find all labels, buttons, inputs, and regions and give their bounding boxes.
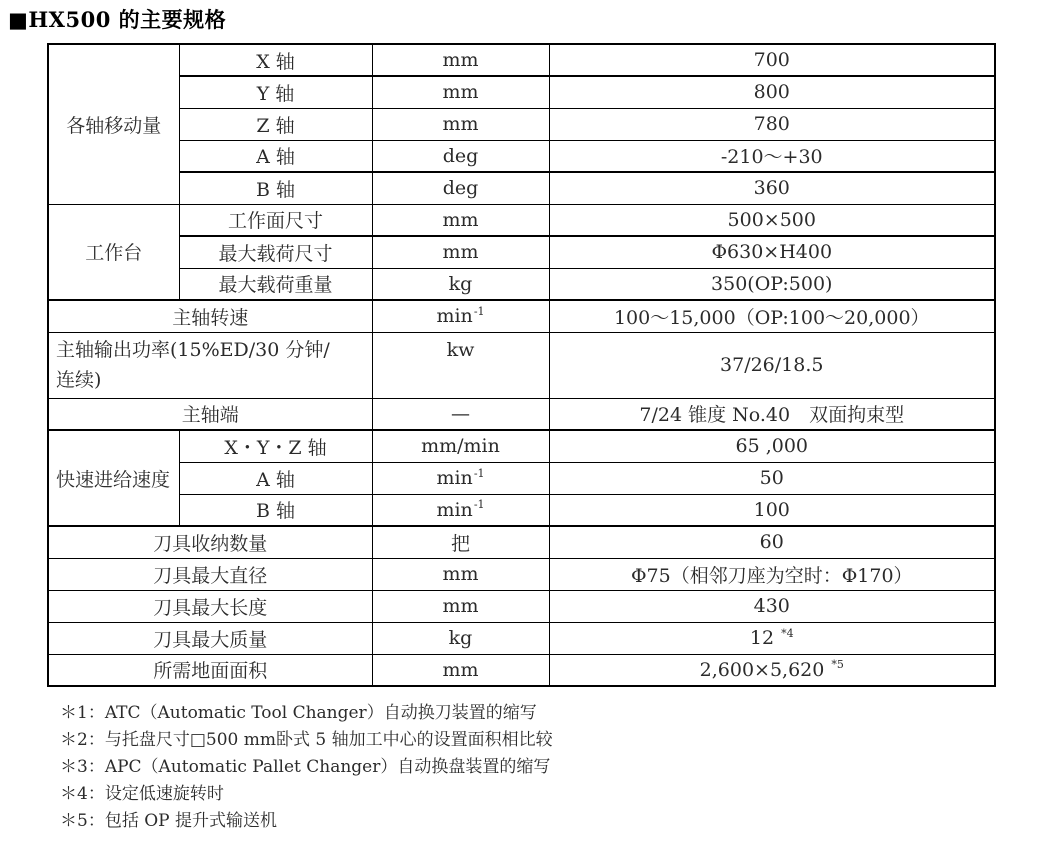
- spec-item-cell: B 轴: [179, 172, 372, 204]
- spec-value-cell-text: 700: [754, 49, 790, 71]
- table-row: Y 轴mm800: [48, 76, 995, 108]
- spec-item-cell: A 轴: [179, 140, 372, 172]
- spec-unit-cell-text: mm: [442, 81, 478, 103]
- spec-unit-cell-text: —: [451, 403, 470, 425]
- spec-item-cell: 工作面尺寸: [179, 204, 372, 236]
- spec-unit-cell-text: kg: [449, 627, 473, 649]
- spec-unit-cell-text: min: [436, 467, 472, 489]
- spec-item-cell: B 轴: [179, 494, 372, 526]
- spec-label-cell: 刀具最大直径: [48, 558, 372, 590]
- spec-unit-cell-text: deg: [443, 145, 479, 167]
- spec-value-cell-text: 65 ,000: [735, 435, 808, 457]
- spec-unit-cell-text: kw: [447, 339, 475, 361]
- spec-value-cell: 800: [549, 76, 995, 108]
- spec-item-cell: X・Y・Z 轴: [179, 430, 372, 462]
- spec-value-cell-text: 50: [760, 467, 784, 489]
- table-row: 刀具收纳数量把60: [48, 526, 995, 558]
- spec-group-cell: 工作台: [48, 204, 179, 300]
- table-row: 刀具最大质量kg12*4: [48, 622, 995, 654]
- spec-value-cell: 2,600×5,620*5: [549, 654, 995, 686]
- table-row: 快速进给速度X・Y・Z 轴mm/min65 ,000: [48, 430, 995, 462]
- spec-value-cell-text: 100: [754, 499, 790, 521]
- spec-item-cell: X 轴: [179, 44, 372, 76]
- table-row: 主轴输出功率(15%ED/30 分钟/连续)kw37/26/18.5: [48, 332, 995, 398]
- spec-label-cell-text: 主轴转速: [172, 307, 248, 329]
- table-row: Z 轴mm780: [48, 108, 995, 140]
- spec-value-cell: 350(OP:500): [549, 268, 995, 300]
- spec-unit-cell: deg: [372, 140, 549, 172]
- spec-value-cell-text: 100～15,000（OP:100～20,000）: [614, 307, 930, 329]
- table-row: B 轴min-1100: [48, 494, 995, 526]
- footnotes: ＊1：ATC（Automatic Tool Changer）自动换刀装置的缩写＊…: [60, 704, 553, 839]
- spec-unit-cell: kg: [372, 268, 549, 300]
- spec-unit-cell: —: [372, 398, 549, 430]
- table-row: 刀具最大长度mm430: [48, 590, 995, 622]
- spec-group-cell: 快速进给速度: [48, 430, 179, 526]
- spec-item-cell: Z 轴: [179, 108, 372, 140]
- spec-value-cell: 100: [549, 494, 995, 526]
- footnote-item: ＊3：APC（Automatic Pallet Changer）自动换盘装置的缩…: [60, 758, 553, 776]
- footnote-item: ＊1：ATC（Automatic Tool Changer）自动换刀装置的缩写: [60, 704, 553, 722]
- spec-unit-cell-text: mm/min: [421, 435, 500, 457]
- spec-value-cell: 100～15,000（OP:100～20,000）: [549, 300, 995, 332]
- spec-unit-cell: mm: [372, 204, 549, 236]
- spec-label-cell: 刀具最大长度: [48, 590, 372, 622]
- spec-value-cell-text: 7/24 锥度 No.40 双面拘束型: [639, 404, 904, 426]
- spec-value-cell: 37/26/18.5: [549, 332, 995, 398]
- spec-value-cell-text: 2,600×5,620: [700, 659, 825, 681]
- spec-unit-cell: deg: [372, 172, 549, 204]
- spec-unit-cell: mm/min: [372, 430, 549, 462]
- spec-unit-cell: mm: [372, 236, 549, 268]
- spec-value-cell-text: 60: [760, 531, 784, 553]
- footnote-item: ＊4：设定低速旋转时: [60, 785, 553, 803]
- spec-label-cell: 刀具收纳数量: [48, 526, 372, 558]
- spec-value-cell: -210～+30: [549, 140, 995, 172]
- spec-item-cell-text: Z 轴: [256, 115, 294, 137]
- spec-value-cell: 430: [549, 590, 995, 622]
- spec-unit-cell-text: mm: [442, 563, 478, 585]
- spec-value-cell-text: 780: [754, 113, 790, 135]
- spec-item-cell-text: B 轴: [256, 179, 295, 201]
- spec-group-cell: 各轴移动量: [48, 44, 179, 204]
- spec-value-cell-text: -210～+30: [721, 146, 823, 168]
- spec-label-cell-text: 主轴输出功率(15%ED/30 分钟/连续): [56, 335, 348, 395]
- spec-item-cell-text: X 轴: [256, 51, 295, 73]
- spec-unit-cell-text: mm: [442, 241, 478, 263]
- spec-value-cell-text: 800: [754, 81, 790, 103]
- spec-value-cell: Φ75（相邻刀座为空时：Φ170）: [549, 558, 995, 590]
- spec-value-cell-text: 430: [754, 595, 790, 617]
- spec-value-cell-text: 37/26/18.5: [720, 354, 823, 376]
- spec-label-cell-text: 刀具收纳数量: [153, 533, 267, 555]
- spec-item-cell: A 轴: [179, 462, 372, 494]
- spec-unit-cell-sup: -1: [474, 467, 485, 480]
- spec-label-cell: 所需地面面积: [48, 654, 372, 686]
- spec-value-cell: 780: [549, 108, 995, 140]
- spec-unit-cell-text: mm: [442, 595, 478, 617]
- spec-value-cell-text: 360: [754, 177, 790, 199]
- spec-unit-cell: min-1: [372, 494, 549, 526]
- spec-unit-cell-sup: -1: [474, 498, 485, 511]
- spec-group-cell-text: 各轴移动量: [66, 115, 161, 137]
- table-row: 主轴转速min-1100～15,000（OP:100～20,000）: [48, 300, 995, 332]
- spec-value-cell: 360: [549, 172, 995, 204]
- spec-item-cell-text: 最大载荷尺寸: [218, 243, 332, 265]
- table-row: 最大载荷重量kg350(OP:500): [48, 268, 995, 300]
- spec-item-cell: 最大载荷尺寸: [179, 236, 372, 268]
- table-row: 主轴端—7/24 锥度 No.40 双面拘束型: [48, 398, 995, 430]
- spec-unit-cell: mm: [372, 558, 549, 590]
- spec-value-cell-text: 12: [750, 627, 774, 649]
- spec-unit-cell: mm: [372, 44, 549, 76]
- table-row: A 轴min-150: [48, 462, 995, 494]
- table-row: B 轴deg360: [48, 172, 995, 204]
- spec-unit-cell-text: mm: [442, 659, 478, 681]
- spec-unit-cell: mm: [372, 590, 549, 622]
- spec-unit-cell-sup: -1: [474, 305, 485, 318]
- page-title: ■HX500 的主要规格: [8, 4, 226, 34]
- spec-value-cell-sup: *5: [831, 658, 844, 671]
- spec-value-cell: 12*4: [549, 622, 995, 654]
- spec-item-cell-text: B 轴: [256, 500, 295, 522]
- spec-unit-cell-text: deg: [443, 177, 479, 199]
- spec-unit-cell: mm: [372, 76, 549, 108]
- spec-item-cell-text: 工作面尺寸: [228, 210, 323, 232]
- table-row: 刀具最大直径mmΦ75（相邻刀座为空时：Φ170）: [48, 558, 995, 590]
- spec-unit-cell-text: mm: [442, 49, 478, 71]
- spec-label-cell-text: 主轴端: [182, 404, 239, 426]
- spec-unit-cell-text: mm: [442, 113, 478, 135]
- spec-value-cell: 50: [549, 462, 995, 494]
- spec-label-cell: 主轴端: [48, 398, 372, 430]
- spec-unit-cell: min-1: [372, 300, 549, 332]
- table-row: 最大载荷尺寸mmΦ630×H400: [48, 236, 995, 268]
- spec-label-cell: 刀具最大质量: [48, 622, 372, 654]
- spec-item-cell-text: A 轴: [256, 146, 295, 168]
- spec-value-cell-sup: *4: [781, 627, 794, 640]
- spec-table-body: 各轴移动量X 轴mm700Y 轴mm800Z 轴mm780A 轴deg-210～…: [48, 44, 995, 686]
- table-row: 各轴移动量X 轴mm700: [48, 44, 995, 76]
- spec-value-cell-text: 500×500: [728, 209, 816, 231]
- spec-unit-cell: min-1: [372, 462, 549, 494]
- spec-label-cell-text: 刀具最大长度: [153, 597, 267, 619]
- spec-value-cell: Φ630×H400: [549, 236, 995, 268]
- spec-unit-cell: mm: [372, 108, 549, 140]
- footnote-item: ＊5：包括 OP 提升式输送机: [60, 812, 553, 830]
- table-row: 工作台工作面尺寸mm500×500: [48, 204, 995, 236]
- spec-label-cell: 主轴输出功率(15%ED/30 分钟/连续): [48, 332, 372, 398]
- table-row: 所需地面面积mm2,600×5,620*5: [48, 654, 995, 686]
- spec-unit-cell-text: kg: [449, 273, 473, 295]
- spec-value-cell-text: Φ75（相邻刀座为空时：Φ170）: [631, 565, 913, 587]
- spec-value-cell-text: 350(OP:500): [711, 273, 832, 295]
- spec-unit-cell-text: mm: [442, 209, 478, 231]
- table-row: A 轴deg-210～+30: [48, 140, 995, 172]
- spec-unit-cell-text: min: [436, 499, 472, 521]
- spec-unit-cell-text: min: [436, 305, 472, 327]
- spec-label-cell-text: 所需地面面积: [153, 660, 267, 682]
- spec-item-cell-text: Y 轴: [257, 83, 295, 105]
- spec-value-cell: 60: [549, 526, 995, 558]
- spec-item-cell-text: 最大载荷重量: [218, 274, 332, 296]
- spec-table: 各轴移动量X 轴mm700Y 轴mm800Z 轴mm780A 轴deg-210～…: [47, 43, 996, 687]
- spec-unit-cell-text: 把: [451, 533, 470, 555]
- spec-item-cell-text: A 轴: [256, 469, 295, 491]
- spec-item-cell: Y 轴: [179, 76, 372, 108]
- spec-label-cell-text: 刀具最大直径: [153, 565, 267, 587]
- spec-label-cell: 主轴转速: [48, 300, 372, 332]
- spec-unit-cell: kw: [372, 332, 549, 398]
- spec-value-cell: 700: [549, 44, 995, 76]
- spec-label-cell-text: 刀具最大质量: [153, 629, 267, 651]
- spec-value-cell: 500×500: [549, 204, 995, 236]
- spec-group-cell-text: 快速进给速度: [56, 469, 170, 491]
- spec-value-cell-text: Φ630×H400: [711, 241, 832, 263]
- spec-group-cell-text: 工作台: [85, 242, 142, 264]
- spec-item-cell: 最大载荷重量: [179, 268, 372, 300]
- spec-value-cell: 65 ,000: [549, 430, 995, 462]
- spec-unit-cell: kg: [372, 622, 549, 654]
- spec-item-cell-text: X・Y・Z 轴: [224, 437, 326, 459]
- page: ■HX500 的主要规格 各轴移动量X 轴mm700Y 轴mm800Z 轴mm7…: [0, 0, 1045, 848]
- footnote-item: ＊2：与托盘尺寸□500 mm卧式 5 轴加工中心的设置面积相比较: [60, 731, 553, 749]
- spec-unit-cell: mm: [372, 654, 549, 686]
- spec-value-cell: 7/24 锥度 No.40 双面拘束型: [549, 398, 995, 430]
- spec-unit-cell: 把: [372, 526, 549, 558]
